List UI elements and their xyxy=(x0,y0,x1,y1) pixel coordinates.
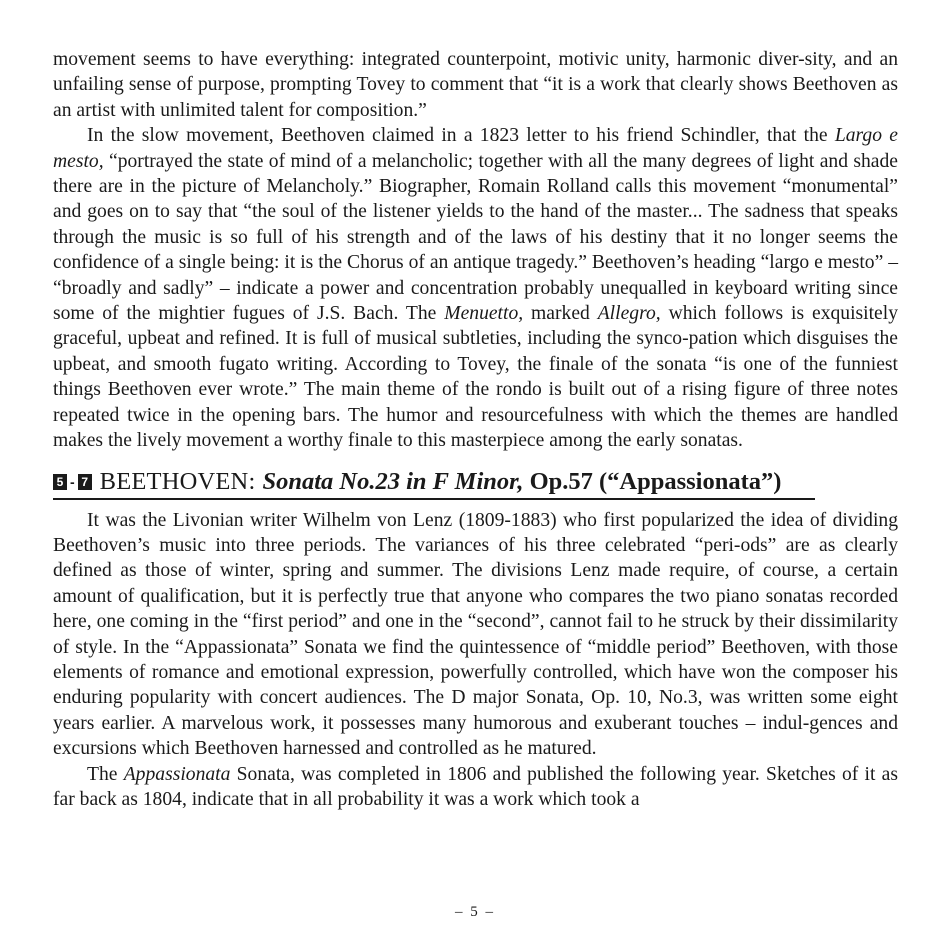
opus-text: Op.57 (“Appassionata”) xyxy=(530,468,782,495)
opus-number: Op.57 (“Appassionata”) xyxy=(523,467,781,497)
paragraph: In the slow movement, Beethoven claimed … xyxy=(53,123,898,453)
body-after-heading: It was the Livonian writer Wilhelm von L… xyxy=(53,508,898,813)
track-range-separator: - xyxy=(70,467,75,497)
paragraph-text: which follows is exquisitely graceful, u… xyxy=(53,303,898,451)
paragraph: The Appassionata Sonata, was completed i… xyxy=(53,762,898,813)
italic-text: Menuetto, xyxy=(444,303,523,324)
paragraph-text: movement seems to have everything: integ… xyxy=(53,49,898,121)
paragraph-text: marked xyxy=(523,303,598,324)
paragraph-text: The xyxy=(87,764,124,785)
paragraph-text: It was the Livonian writer Wilhelm von L… xyxy=(53,510,898,760)
track-number-start-badge: 5 xyxy=(53,474,67,490)
italic-text: Allegro, xyxy=(598,303,661,324)
body-before-heading: movement seems to have everything: integ… xyxy=(53,47,898,454)
paragraph: movement seems to have everything: integ… xyxy=(53,47,898,123)
document-page: movement seems to have everything: integ… xyxy=(53,47,898,812)
paragraph-text: “portrayed the state of mind of a melanc… xyxy=(53,151,898,324)
page-number: – 5 – xyxy=(0,904,950,921)
italic-text: Appassionata xyxy=(124,764,231,785)
composer-name: BEETHOVEN: xyxy=(100,467,256,497)
paragraph: It was the Livonian writer Wilhelm von L… xyxy=(53,508,898,762)
work-title: Sonata No.23 in F Minor, xyxy=(262,467,523,497)
section-heading: 5 - 7 BEETHOVEN: Sonata No.23 in F Minor… xyxy=(53,467,815,500)
paragraph-text: In the slow movement, Beethoven claimed … xyxy=(87,125,835,146)
track-number-end-badge: 7 xyxy=(78,474,92,490)
